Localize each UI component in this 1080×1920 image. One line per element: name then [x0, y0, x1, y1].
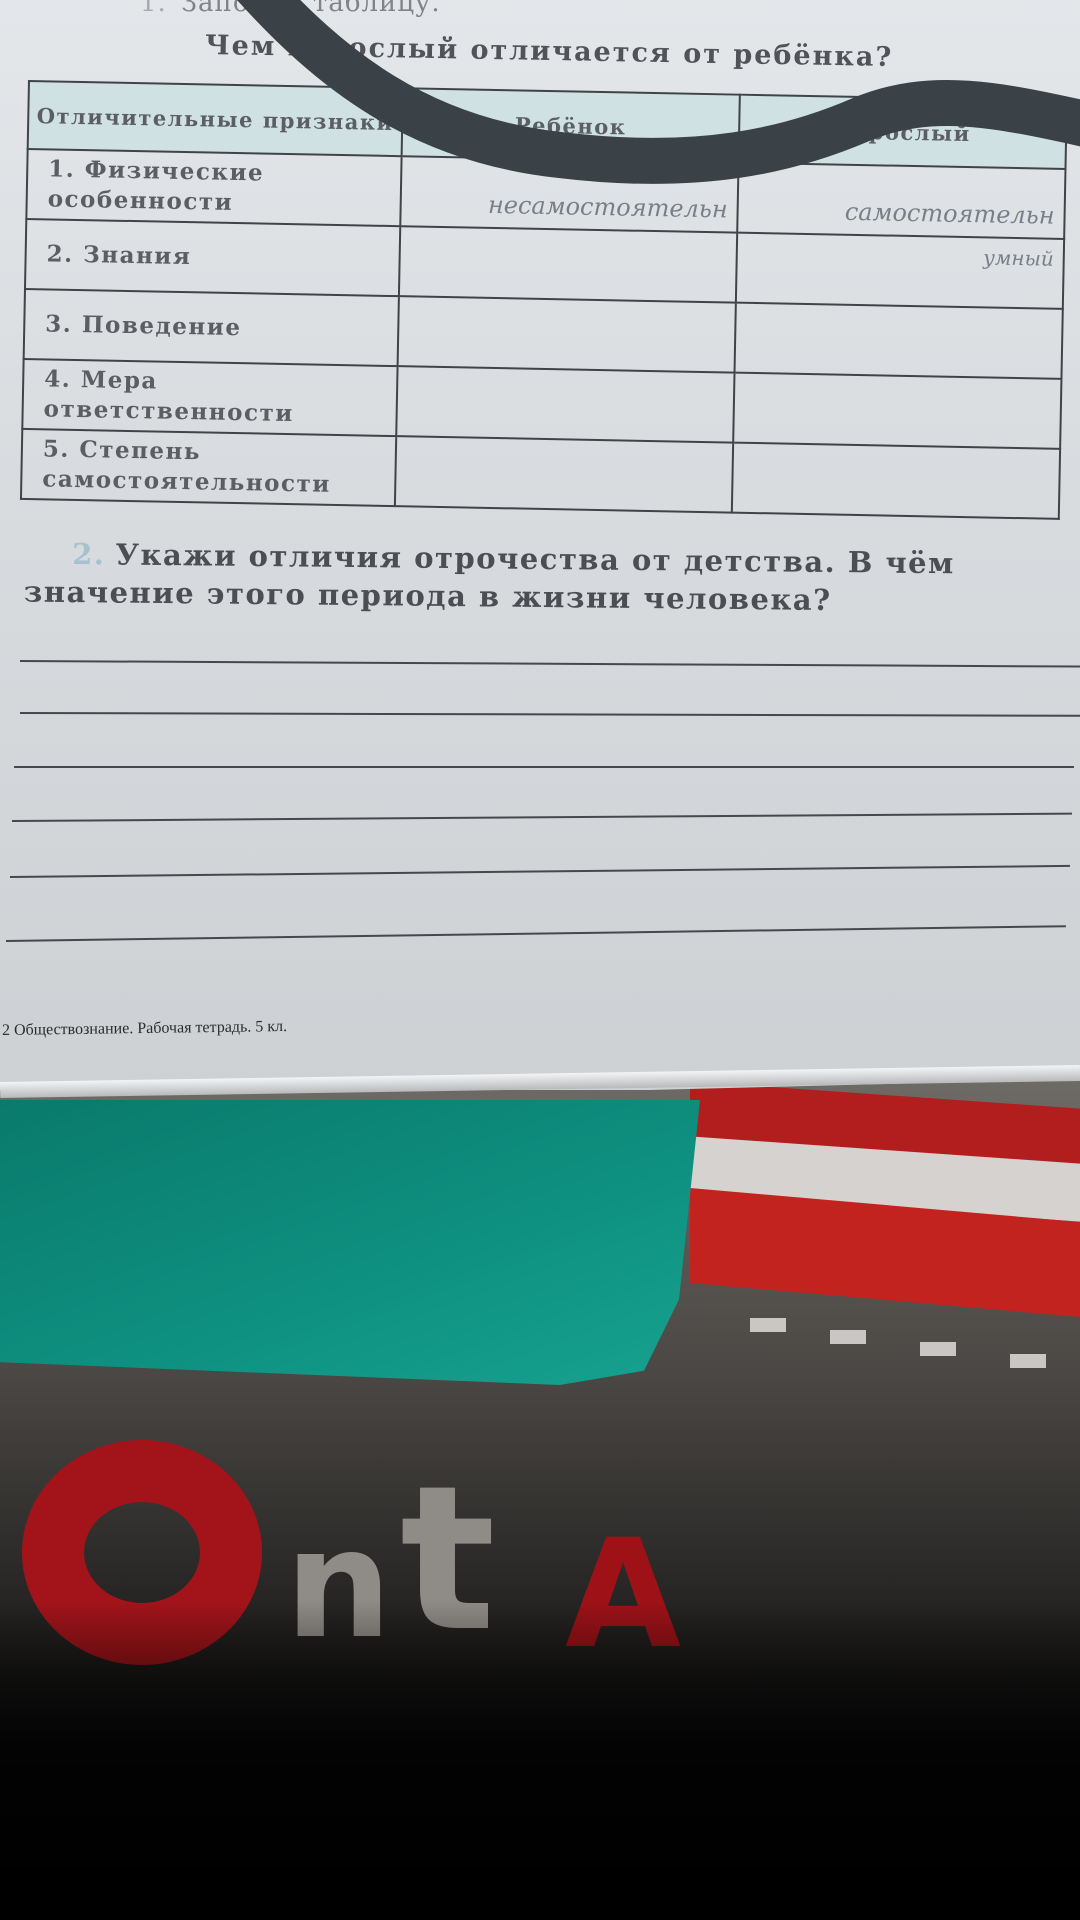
answer-line-5[interactable] — [10, 865, 1070, 878]
answer-line-3[interactable] — [14, 766, 1074, 768]
dash-mark — [1010, 1354, 1046, 1368]
workbook-page: 1.Заполни таблицу. Чем взрослый отличает… — [0, 0, 1080, 1090]
child-answer-cell[interactable] — [395, 436, 734, 512]
task1-instruction: 1.Заполни таблицу. — [140, 0, 441, 18]
answer-line-4[interactable] — [12, 813, 1072, 822]
header-features: Отличительные признаки — [28, 81, 403, 156]
handwritten-answer: умный — [758, 238, 1062, 274]
answer-line-6[interactable] — [6, 925, 1066, 942]
header-adult: Взрослый — [739, 95, 1067, 169]
feature-cell: 4. Мера ответственности — [22, 359, 397, 436]
child-answer-cell[interactable] — [399, 226, 738, 302]
adult-answer-cell[interactable] — [732, 443, 1060, 519]
child-answer-cell[interactable] — [397, 296, 736, 372]
dash-mark — [830, 1330, 866, 1344]
adult-answer-cell[interactable]: умный — [736, 233, 1064, 309]
feature-cell: 1. Физические особенности — [26, 149, 401, 226]
page-footer: 2 Обществознание. Рабочая тетрадь. 5 кл. — [2, 1018, 287, 1040]
answer-line-2[interactable] — [20, 712, 1080, 717]
table-title: Чем взрослый отличается от ребёнка? — [205, 30, 894, 73]
shadow — [0, 1600, 1080, 1920]
dash-mark — [920, 1342, 956, 1356]
adult-answer-cell[interactable] — [733, 373, 1061, 449]
adult-answer-cell[interactable]: самостоятельн — [737, 163, 1065, 239]
worksheet-table: Отличительные признаки Ребёнок Взрослый … — [20, 80, 1068, 520]
green-folder — [0, 1100, 700, 1385]
handwritten-answer: несамостоятельн — [421, 189, 736, 225]
feature-cell: 3. Поведение — [24, 289, 399, 366]
feature-cell: 5. Степень самостоятельности — [21, 429, 396, 506]
feature-cell: 2. Знания — [25, 219, 400, 296]
dash-mark — [750, 1318, 786, 1332]
answer-line-1[interactable] — [20, 660, 1080, 668]
child-answer-cell[interactable] — [396, 366, 735, 442]
handwritten-answer: самостоятельн — [758, 195, 1062, 231]
task2-question: 2.Укажи отличия отрочества от детства. В… — [24, 535, 1065, 622]
adult-answer-cell[interactable] — [735, 303, 1063, 379]
header-child: Ребёнок — [401, 88, 740, 162]
child-answer-cell[interactable]: несамостоятельн — [400, 156, 739, 232]
